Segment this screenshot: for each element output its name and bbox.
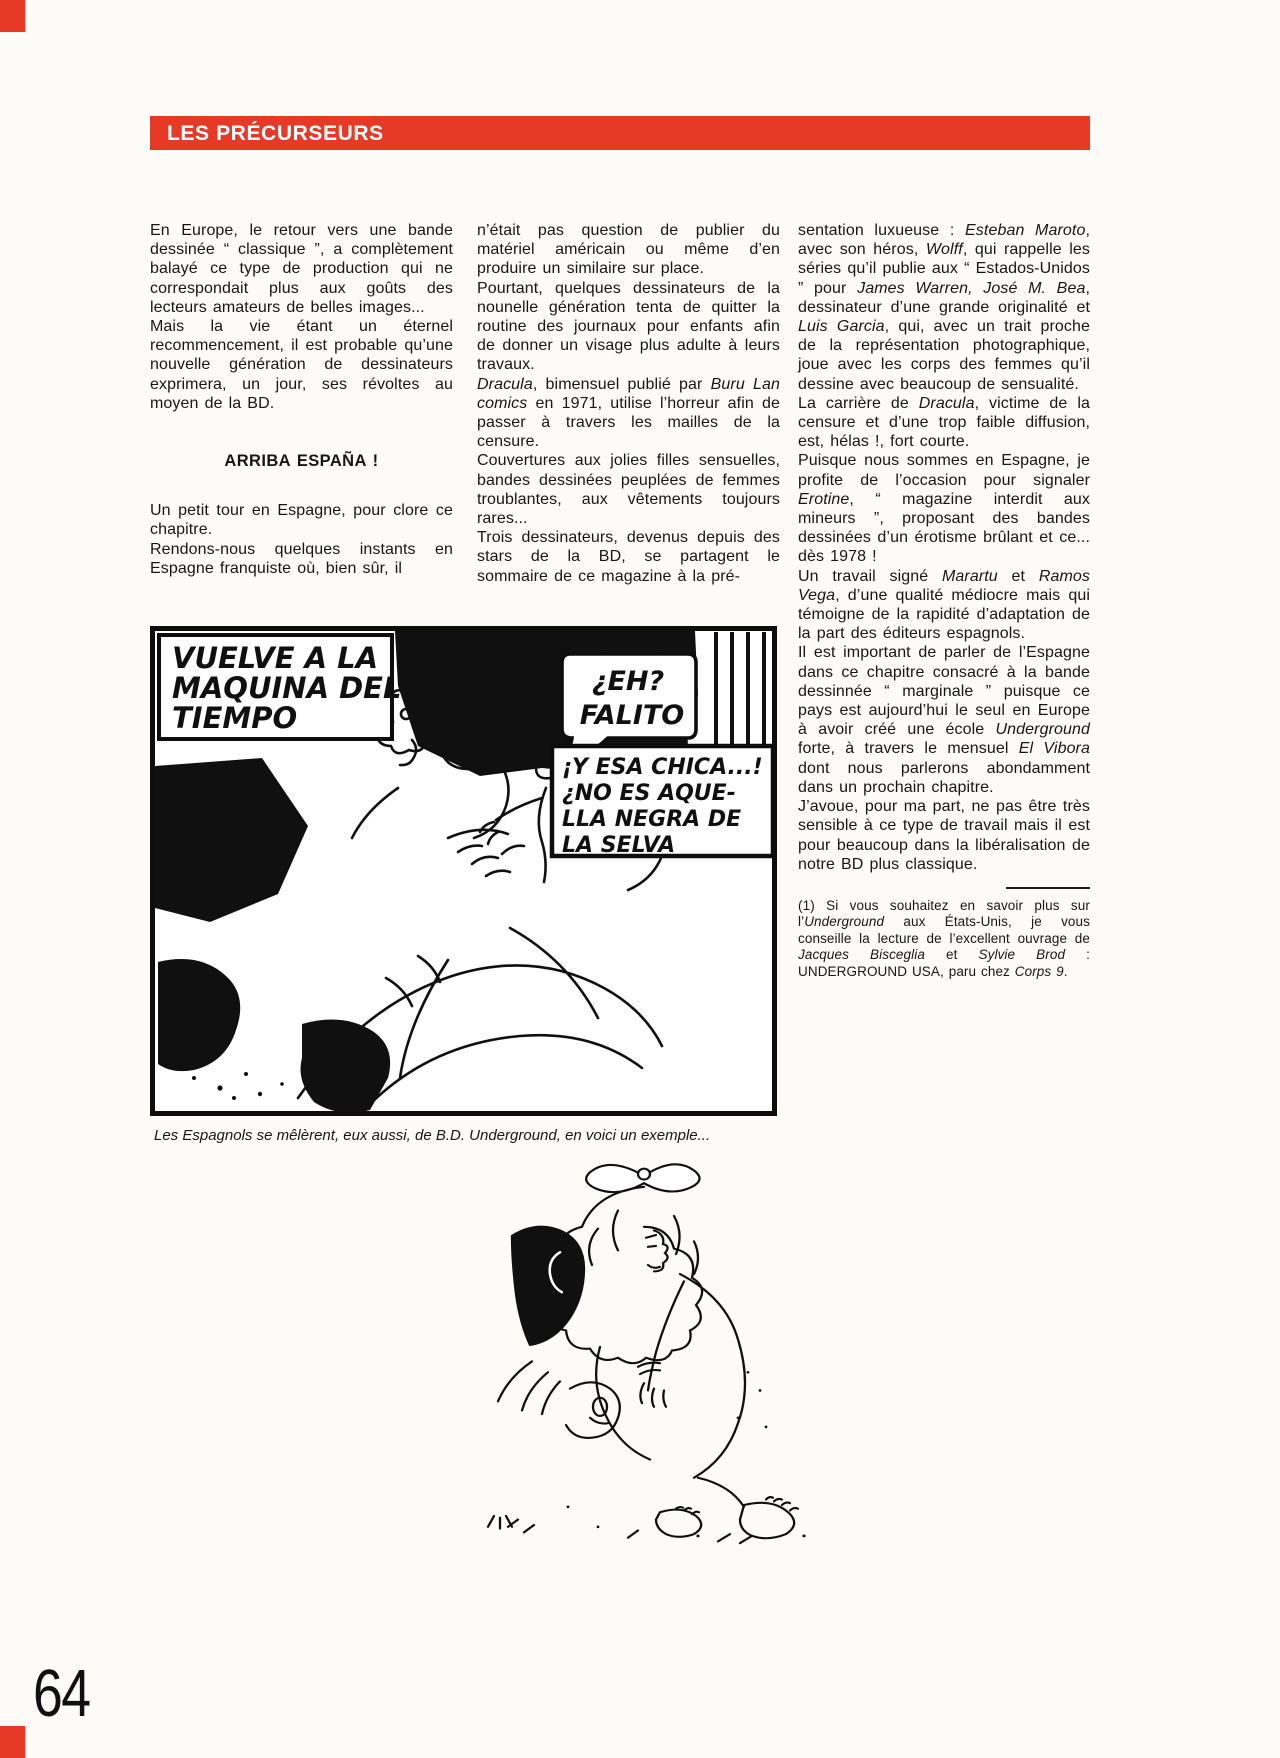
col2-paragraph-4: Couvertures aux jolies filles sensuelles… — [477, 451, 780, 528]
speech-line-4: LA SELVA — [562, 833, 675, 858]
bottom-illustration — [448, 1145, 838, 1545]
speech-line-1: ¡Y ESA CHICA...! — [562, 755, 763, 780]
col2-paragraph-1: n’était pas question de publier du matér… — [477, 221, 780, 279]
col3-paragraph-2: La carrière de Dracula, victime de la ce… — [798, 394, 1090, 452]
col1-paragraph-1: En Europe, le retour vers une bande dess… — [150, 221, 453, 317]
footnote-rule — [1006, 887, 1090, 889]
speech-line-2: ¿NO ES AQUE- — [562, 781, 736, 806]
text-column-2: n’était pas question de publier du matér… — [477, 221, 780, 586]
col3-paragraph-1: sentation luxueuse : Esteban Maroto, ave… — [798, 221, 1090, 394]
red-corner-mark-top — [0, 0, 25, 32]
comic-caption: Les Espagnols se mêlèrent, eux aussi, de… — [154, 1127, 754, 1145]
speech-box: ¡Y ESA CHICA...! ¿NO ES AQUE- LLA NEGRA … — [552, 746, 773, 858]
chapter-header-bar: LES PRÉCURSEURS — [150, 116, 1090, 150]
col2-paragraph-5: Trois dessinateurs, devenus depuis des s… — [477, 528, 780, 586]
col1-paragraph-4: Rendons-nous quelques instants en Espagn… — [150, 540, 453, 578]
narration-box: VUELVE A LA MAQUINA DEL TIEMPO — [159, 635, 401, 739]
text-column-3: sentation luxueuse : Esteban Maroto, ave… — [798, 221, 1090, 980]
comic-panel-svg: VUELVE A LA MAQUINA DEL TIEMPO ¿EH? FALI… — [150, 626, 777, 1116]
col3-paragraph-5: Il est important de parler de l’Espagne … — [798, 643, 1090, 797]
col3-paragraph-4: Un travail signé Marartu et Ramos Vega, … — [798, 567, 1090, 644]
col2-paragraph-3: Dracula, bimensuel publié par Buru Lan c… — [477, 375, 780, 452]
page-number: 64 — [33, 1655, 89, 1732]
bubble-line-1: ¿EH? — [592, 666, 664, 697]
narration-line-1: VUELVE A LA — [172, 641, 378, 675]
bubble-line-2: FALITO — [580, 700, 684, 731]
chapter-title: LES PRÉCURSEURS — [150, 116, 1090, 146]
narration-line-3: TIEMPO — [172, 701, 297, 735]
footnote: (1) Si vous souhaitez en savoir plus sur… — [798, 898, 1090, 981]
stipple-dots — [567, 1371, 806, 1537]
col1-paragraph-3: Un petit tour en Espagne, pour clore ce … — [150, 501, 453, 539]
col2-paragraph-2: Pourtant, quelques dessinateurs de la no… — [477, 279, 780, 375]
text-column-1: En Europe, le retour vers une bande dess… — [150, 221, 453, 578]
col3-paragraph-3: Puisque nous sommes en Espagne, je profi… — [798, 451, 1090, 566]
magazine-page: LES PRÉCURSEURS En Europe, le retour ver… — [0, 0, 1280, 1758]
col1-paragraph-2: Mais la vie étant un éternel recommencem… — [150, 317, 453, 413]
col3-paragraph-6: J’avoue, pour ma part, ne pas être très … — [798, 797, 1090, 874]
red-corner-mark-bottom — [0, 1726, 25, 1758]
bottom-illustration-svg — [448, 1145, 838, 1545]
comic-panel-illustration: VUELVE A LA MAQUINA DEL TIEMPO ¿EH? FALI… — [150, 626, 777, 1116]
narration-line-2: MAQUINA DEL — [172, 671, 401, 705]
arriba-espana-heading: ARRIBA ESPAÑA ! — [150, 452, 453, 471]
speech-line-3: LLA NEGRA DE — [562, 807, 741, 832]
